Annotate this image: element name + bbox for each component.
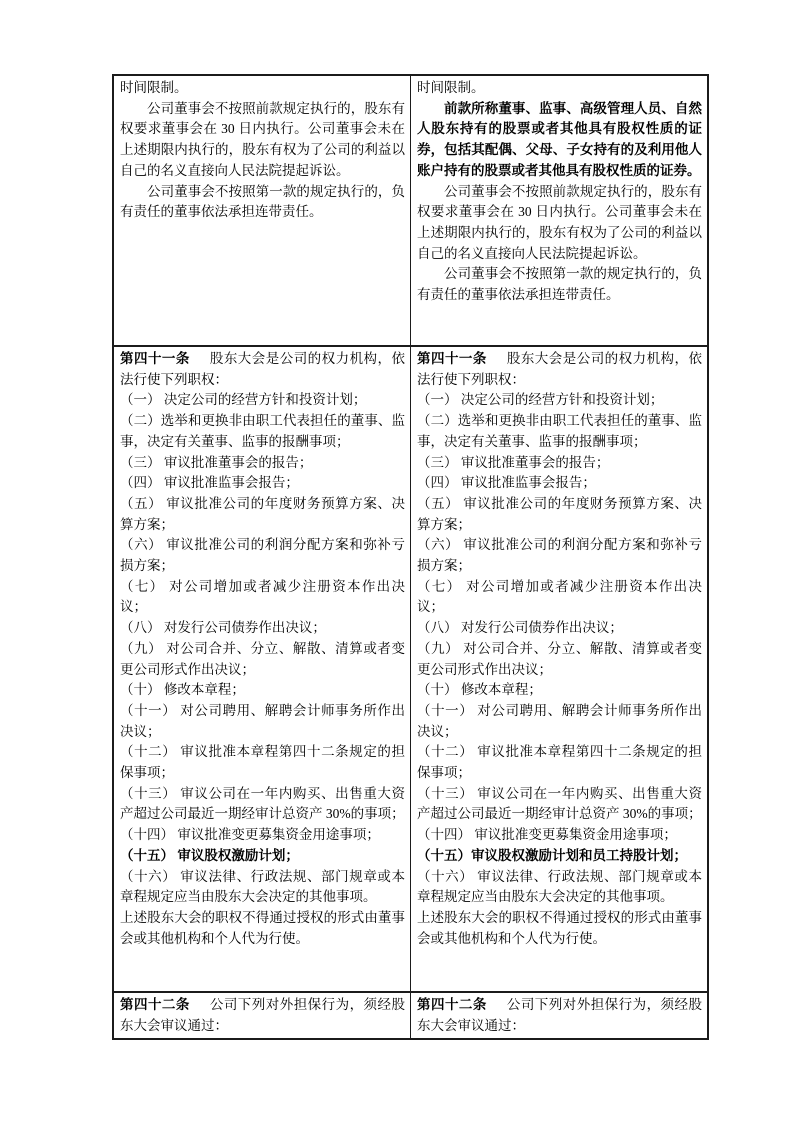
paragraph: （十五）审议股权激励计划和员工持股计划； xyxy=(417,846,702,867)
bold-text-run: 第四十二条 xyxy=(120,997,190,1012)
paragraph: （十） 修改本章程； xyxy=(120,680,405,701)
text-run: （八） 对发行公司债券作出决议； xyxy=(417,620,623,635)
paragraph: （七） 对公司增加或者减少注册资本作出决议； xyxy=(120,577,405,618)
old-version-cell: 第四十二条 公司下列对外担保行为，须经股东大会审议通过： xyxy=(113,992,411,1039)
table-row: 第四十二条 公司下列对外担保行为，须经股东大会审议通过：第四十二条 公司下列对外… xyxy=(113,992,708,1039)
text-run: （十四） 审议批准变更募集资金用途事项； xyxy=(120,827,380,842)
text-run: （十） 修改本章程； xyxy=(120,682,245,697)
text-run: （九） 对公司合并、分立、解散、清算或者变更公司形式作出决议； xyxy=(417,641,702,677)
text-run: （四） 审议批准监事会报告； xyxy=(417,475,596,490)
paragraph: （十三） 审议公司在一年内购买、出售重大资产超过公司最近一期经审计总资产 30%… xyxy=(120,784,405,825)
text-run: （十一） 对公司聘用、解聘会计师事务所作出决议； xyxy=(120,703,405,739)
text-run: 上述股东大会的职权不得通过授权的形式由董事会或其他机构和个人代为行使。 xyxy=(120,910,405,946)
bold-text-run: 前款所称董事、监事、高级管理人员、自然人股东持有的股票或者其他具有股权性质的证券… xyxy=(417,101,702,178)
bold-text-run: 第四十二条 xyxy=(417,997,487,1012)
comparison-table: 时间限制。公司董事会不按照前款规定执行的，股东有权要求董事会在 30 日内执行。… xyxy=(112,74,709,1040)
text-run: （一） 决定公司的经营方针和投资计划； xyxy=(417,392,663,407)
text-run: （七） 对公司增加或者减少注册资本作出决议； xyxy=(417,579,702,615)
paragraph: 公司董事会不按照第一款的规定执行的，负有责任的董事依法承担连带责任。 xyxy=(120,182,405,223)
paragraph: （十六） 审议法律、行政法规、部门规章或本章程规定应当由股东大会决定的其他事项。 xyxy=(120,867,405,908)
paragraph: 前款所称董事、监事、高级管理人员、自然人股东持有的股票或者其他具有股权性质的证券… xyxy=(417,99,702,182)
new-version-cell: 第四十一条 股东大会是公司的权力机构，依法行使下列职权：（一） 决定公司的经营方… xyxy=(411,346,709,992)
paragraph: （十一） 对公司聘用、解聘会计师事务所作出决议； xyxy=(417,701,702,742)
text-run: （十二） 审议批准本章程第四十二条规定的担保事项； xyxy=(417,744,702,780)
text-run: （九） 对公司合并、分立、解散、清算或者变更公司形式作出决议； xyxy=(120,641,405,677)
old-version-cell: 时间限制。公司董事会不按照前款规定执行的，股东有权要求董事会在 30 日内执行。… xyxy=(113,75,411,346)
paragraph: （一） 决定公司的经营方针和投资计划； xyxy=(417,390,702,411)
paragraph: 公司董事会不按照前款规定执行的，股东有权要求董事会在 30 日内执行。公司董事会… xyxy=(417,182,702,265)
paragraph: （四） 审议批准监事会报告； xyxy=(120,473,405,494)
paragraph: 第四十一条 股东大会是公司的权力机构，依法行使下列职权： xyxy=(417,349,702,390)
text-run: 公司董事会不按照第一款的规定执行的，负有责任的董事依法承担连带责任。 xyxy=(120,184,405,220)
old-version-cell: 第四十一条 股东大会是公司的权力机构，依法行使下列职权：（一） 决定公司的经营方… xyxy=(113,346,411,992)
paragraph: （九） 对公司合并、分立、解散、清算或者变更公司形式作出决议； xyxy=(120,639,405,680)
paragraph: （六） 审议批准公司的利润分配方案和弥补亏损方案； xyxy=(417,535,702,576)
table-row: 时间限制。公司董事会不按照前款规定执行的，股东有权要求董事会在 30 日内执行。… xyxy=(113,75,708,346)
paragraph: （三） 审议批准董事会的报告； xyxy=(120,453,405,474)
new-version-cell: 第四十二条 公司下列对外担保行为，须经股东大会审议通过： xyxy=(411,992,709,1039)
text-run: （三） 审议批准董事会的报告； xyxy=(120,455,312,470)
text-run: （十三） 审议公司在一年内购买、出售重大资产超过公司最近一期经审计总资产 30%… xyxy=(120,786,405,822)
paragraph: 上述股东大会的职权不得通过授权的形式由董事会或其他机构和个人代为行使。 xyxy=(120,908,405,949)
text-run: （十二） 审议批准本章程第四十二条规定的担保事项； xyxy=(120,744,405,780)
paragraph: （十） 修改本章程； xyxy=(417,680,702,701)
text-run: （六） 审议批准公司的利润分配方案和弥补亏损方案； xyxy=(120,537,405,573)
paragraph: 第四十二条 公司下列对外担保行为，须经股东大会审议通过： xyxy=(120,995,405,1036)
paragraph: 第四十一条 股东大会是公司的权力机构，依法行使下列职权： xyxy=(120,349,405,390)
paragraph: （五） 审议批准公司的年度财务预算方案、决算方案； xyxy=(417,494,702,535)
text-run: 时间限制。 xyxy=(120,80,188,95)
paragraph: （五） 审议批准公司的年度财务预算方案、决算方案； xyxy=(120,494,405,535)
text-run: 上述股东大会的职权不得通过授权的形式由董事会或其他机构和个人代为行使。 xyxy=(417,910,702,946)
paragraph: 公司董事会不按照第一款的规定执行的，负有责任的董事依法承担连带责任。 xyxy=(417,264,702,305)
paragraph: （四） 审议批准监事会报告； xyxy=(417,473,702,494)
paragraph: （二）选举和更换非由职工代表担任的董事、监事，决定有关董事、监事的报酬事项； xyxy=(120,411,405,452)
paragraph: （三） 审议批准董事会的报告； xyxy=(417,453,702,474)
text-run: （四） 审议批准监事会报告； xyxy=(120,475,299,490)
text-run: （六） 审议批准公司的利润分配方案和弥补亏损方案； xyxy=(417,537,702,573)
paragraph: （七） 对公司增加或者减少注册资本作出决议； xyxy=(417,577,702,618)
paragraph: （十二） 审议批准本章程第四十二条规定的担保事项； xyxy=(417,742,702,783)
paragraph: （十三） 审议公司在一年内购买、出售重大资产超过公司最近一期经审计总资产 30%… xyxy=(417,784,702,825)
paragraph: 第四十二条 公司下列对外担保行为，须经股东大会审议通过： xyxy=(417,995,702,1036)
bold-text-run: （十五） 审议股权激励计划； xyxy=(120,848,299,863)
paragraph: （十一） 对公司聘用、解聘会计师事务所作出决议； xyxy=(120,701,405,742)
paragraph: （十二） 审议批准本章程第四十二条规定的担保事项； xyxy=(120,742,405,783)
text-run: 公司董事会不按照第一款的规定执行的，负有责任的董事依法承担连带责任。 xyxy=(417,266,702,302)
paragraph: 上述股东大会的职权不得通过授权的形式由董事会或其他机构和个人代为行使。 xyxy=(417,908,702,949)
text-run: （八） 对发行公司债券作出决议； xyxy=(120,620,326,635)
paragraph: （十四） 审议批准变更募集资金用途事项； xyxy=(120,825,405,846)
text-run: （十） 修改本章程； xyxy=(417,682,542,697)
new-version-cell: 时间限制。前款所称董事、监事、高级管理人员、自然人股东持有的股票或者其他具有股权… xyxy=(411,75,709,346)
paragraph: （九） 对公司合并、分立、解散、清算或者变更公司形式作出决议； xyxy=(417,639,702,680)
paragraph: （八） 对发行公司债券作出决议； xyxy=(417,618,702,639)
text-run: （三） 审议批准董事会的报告； xyxy=(417,455,609,470)
paragraph: （一） 决定公司的经营方针和投资计划； xyxy=(120,390,405,411)
text-run: 时间限制。 xyxy=(417,80,485,95)
paragraph: （八） 对发行公司债券作出决议； xyxy=(120,618,405,639)
paragraph: （十六） 审议法律、行政法规、部门规章或本章程规定应当由股东大会决定的其他事项。 xyxy=(417,867,702,908)
bold-text-run: （十五）审议股权激励计划和员工持股计划； xyxy=(417,848,687,863)
text-run: （十六） 审议法律、行政法规、部门规章或本章程规定应当由股东大会决定的其他事项。 xyxy=(417,869,702,905)
bold-text-run: 第四十一条 xyxy=(120,351,190,366)
paragraph: 公司董事会不按照前款规定执行的，股东有权要求董事会在 30 日内执行。公司董事会… xyxy=(120,99,405,182)
text-run: （二）选举和更换非由职工代表担任的董事、监事，决定有关董事、监事的报酬事项； xyxy=(417,413,702,449)
text-run: （一） 决定公司的经营方针和投资计划； xyxy=(120,392,366,407)
bold-text-run: 第四十一条 xyxy=(417,351,487,366)
text-run: （十六） 审议法律、行政法规、部门规章或本章程规定应当由股东大会决定的其他事项。 xyxy=(120,869,405,905)
text-run: 公司董事会不按照前款规定执行的，股东有权要求董事会在 30 日内执行。公司董事会… xyxy=(417,184,702,261)
paragraph: （十四） 审议批准变更募集资金用途事项； xyxy=(417,825,702,846)
paragraph: 时间限制。 xyxy=(120,78,405,99)
text-run: （二）选举和更换非由职工代表担任的董事、监事，决定有关董事、监事的报酬事项； xyxy=(120,413,405,449)
text-run: （十一） 对公司聘用、解聘会计师事务所作出决议； xyxy=(417,703,702,739)
text-run: 公司董事会不按照前款规定执行的，股东有权要求董事会在 30 日内执行。公司董事会… xyxy=(120,101,405,178)
paragraph: 时间限制。 xyxy=(417,78,702,99)
comparison-table-body: 时间限制。公司董事会不按照前款规定执行的，股东有权要求董事会在 30 日内执行。… xyxy=(113,75,708,1039)
text-run: （十三） 审议公司在一年内购买、出售重大资产超过公司最近一期经审计总资产 30%… xyxy=(417,786,702,822)
paragraph: （六） 审议批准公司的利润分配方案和弥补亏损方案； xyxy=(120,535,405,576)
text-run: （十四） 审议批准变更募集资金用途事项； xyxy=(417,827,677,842)
paragraph: （二）选举和更换非由职工代表担任的董事、监事，决定有关董事、监事的报酬事项； xyxy=(417,411,702,452)
text-run: （七） 对公司增加或者减少注册资本作出决议； xyxy=(120,579,405,615)
table-row: 第四十一条 股东大会是公司的权力机构，依法行使下列职权：（一） 决定公司的经营方… xyxy=(113,346,708,992)
paragraph: （十五） 审议股权激励计划； xyxy=(120,846,405,867)
text-run: （五） 审议批准公司的年度财务预算方案、决算方案； xyxy=(120,496,405,532)
document-page: 时间限制。公司董事会不按照前款规定执行的，股东有权要求董事会在 30 日内执行。… xyxy=(0,0,793,1122)
text-run: （五） 审议批准公司的年度财务预算方案、决算方案； xyxy=(417,496,702,532)
